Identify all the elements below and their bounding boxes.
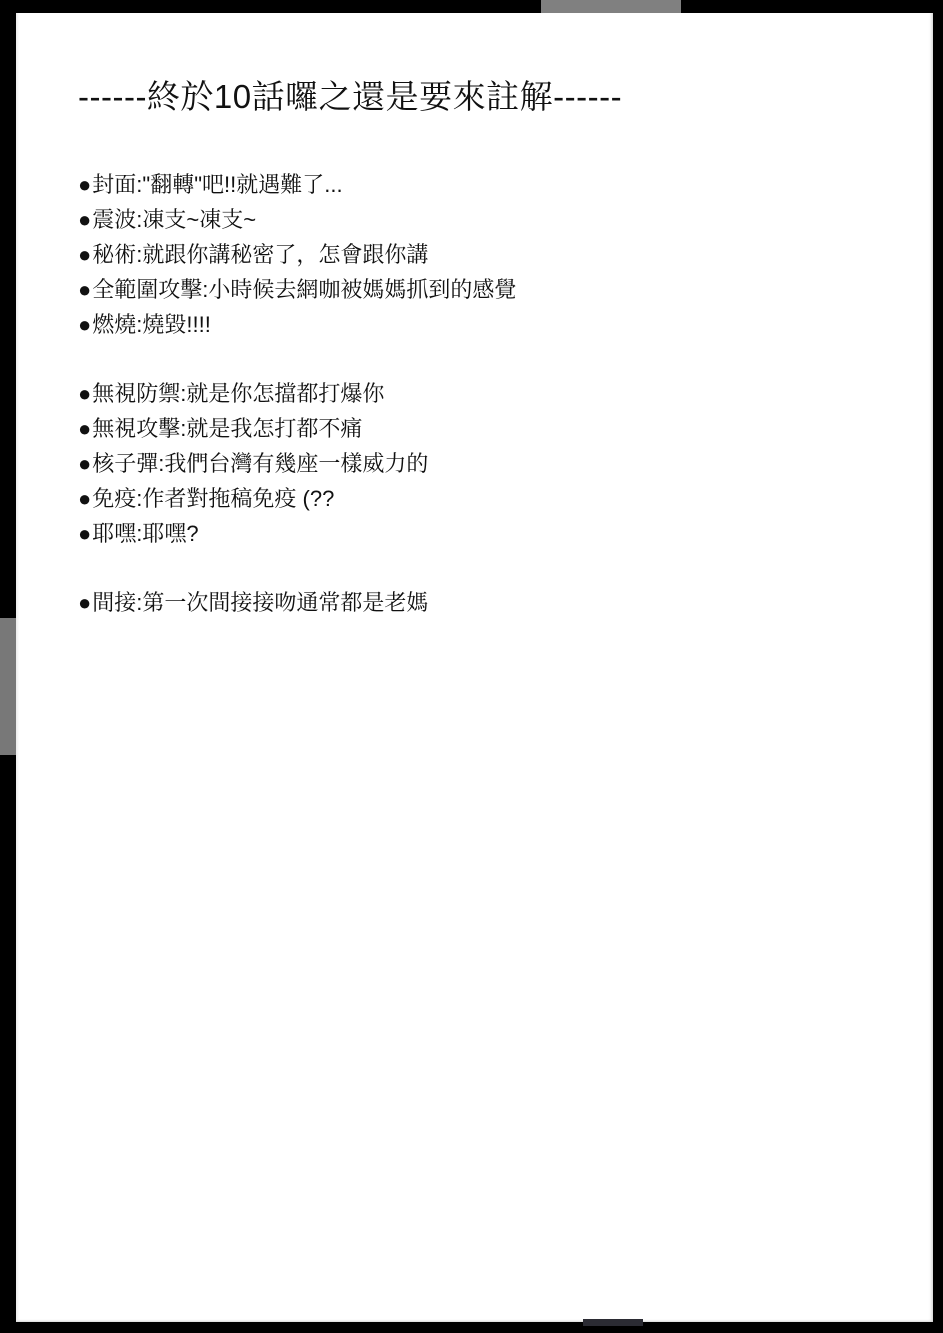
note-line: ●無視防禦:就是你怎擋都打爆你	[78, 376, 893, 411]
bullet-icon: ●	[78, 237, 91, 272]
note-text: 震波:凍支~凍支~	[92, 207, 256, 232]
bullet-icon: ●	[78, 307, 91, 342]
bullet-icon: ●	[78, 411, 91, 446]
top-scrollbar-thumb[interactable]	[541, 0, 681, 13]
bullet-icon: ●	[78, 167, 91, 202]
note-text: 秘術:就跟你講秘密了，怎會跟你講	[92, 242, 428, 267]
bullet-icon: ●	[78, 272, 91, 307]
bullet-icon: ●	[78, 481, 91, 516]
bullet-icon: ●	[78, 446, 91, 481]
note-line: ●封面:"翻轉"吧!!就遇難了...	[78, 167, 893, 202]
note-text: 免疫:作者對拖稿免疫 (??	[92, 486, 334, 511]
note-text: 燃燒:燒毀!!!!	[92, 312, 211, 337]
note-text: 無視防禦:就是你怎擋都打爆你	[92, 381, 384, 406]
note-group-1: ●封面:"翻轉"吧!!就遇難了... ●震波:凍支~凍支~ ●秘術:就跟你講秘密…	[78, 167, 893, 342]
bullet-icon: ●	[78, 585, 91, 620]
bullet-icon: ●	[78, 516, 91, 551]
document-page: ------終於10話囉之還是要來註解------ ●封面:"翻轉"吧!!就遇難…	[16, 13, 933, 1322]
note-text: 無視攻擊:就是我怎打都不痛	[92, 416, 362, 441]
reader-viewport: ------終於10話囉之還是要來註解------ ●封面:"翻轉"吧!!就遇難…	[0, 0, 943, 1333]
note-text: 耶嘿:耶嘿?	[92, 521, 198, 546]
note-line: ●燃燒:燒毀!!!!	[78, 307, 893, 342]
note-line: ●間接:第一次間接接吻通常都是老媽	[78, 585, 893, 620]
bottom-edge-marker	[583, 1319, 643, 1326]
note-line: ●免疫:作者對拖稿免疫 (??	[78, 481, 893, 516]
note-line: ●秘術:就跟你講秘密了，怎會跟你講	[78, 237, 893, 272]
note-line: ●震波:凍支~凍支~	[78, 202, 893, 237]
left-scrollbar-thumb[interactable]	[0, 618, 16, 755]
note-line: ●無視攻擊:就是我怎打都不痛	[78, 411, 893, 446]
note-line: ●耶嘿:耶嘿?	[78, 516, 893, 551]
note-group-2: ●無視防禦:就是你怎擋都打爆你 ●無視攻擊:就是我怎打都不痛 ●核子彈:我們台灣…	[78, 376, 893, 551]
note-text: 封面:"翻轉"吧!!就遇難了...	[92, 172, 342, 197]
bullet-icon: ●	[78, 376, 91, 411]
note-text: 間接:第一次間接接吻通常都是老媽	[92, 590, 428, 615]
note-line: ●核子彈:我們台灣有幾座一樣威力的	[78, 446, 893, 481]
page-title: ------終於10話囉之還是要來註解------	[78, 77, 933, 117]
note-text: 核子彈:我們台灣有幾座一樣威力的	[92, 451, 428, 476]
note-text: 全範圍攻擊:小時候去網咖被媽媽抓到的感覺	[92, 277, 516, 302]
bullet-icon: ●	[78, 202, 91, 237]
note-group-3: ●間接:第一次間接接吻通常都是老媽	[78, 585, 893, 620]
note-line: ●全範圍攻擊:小時候去網咖被媽媽抓到的感覺	[78, 272, 893, 307]
